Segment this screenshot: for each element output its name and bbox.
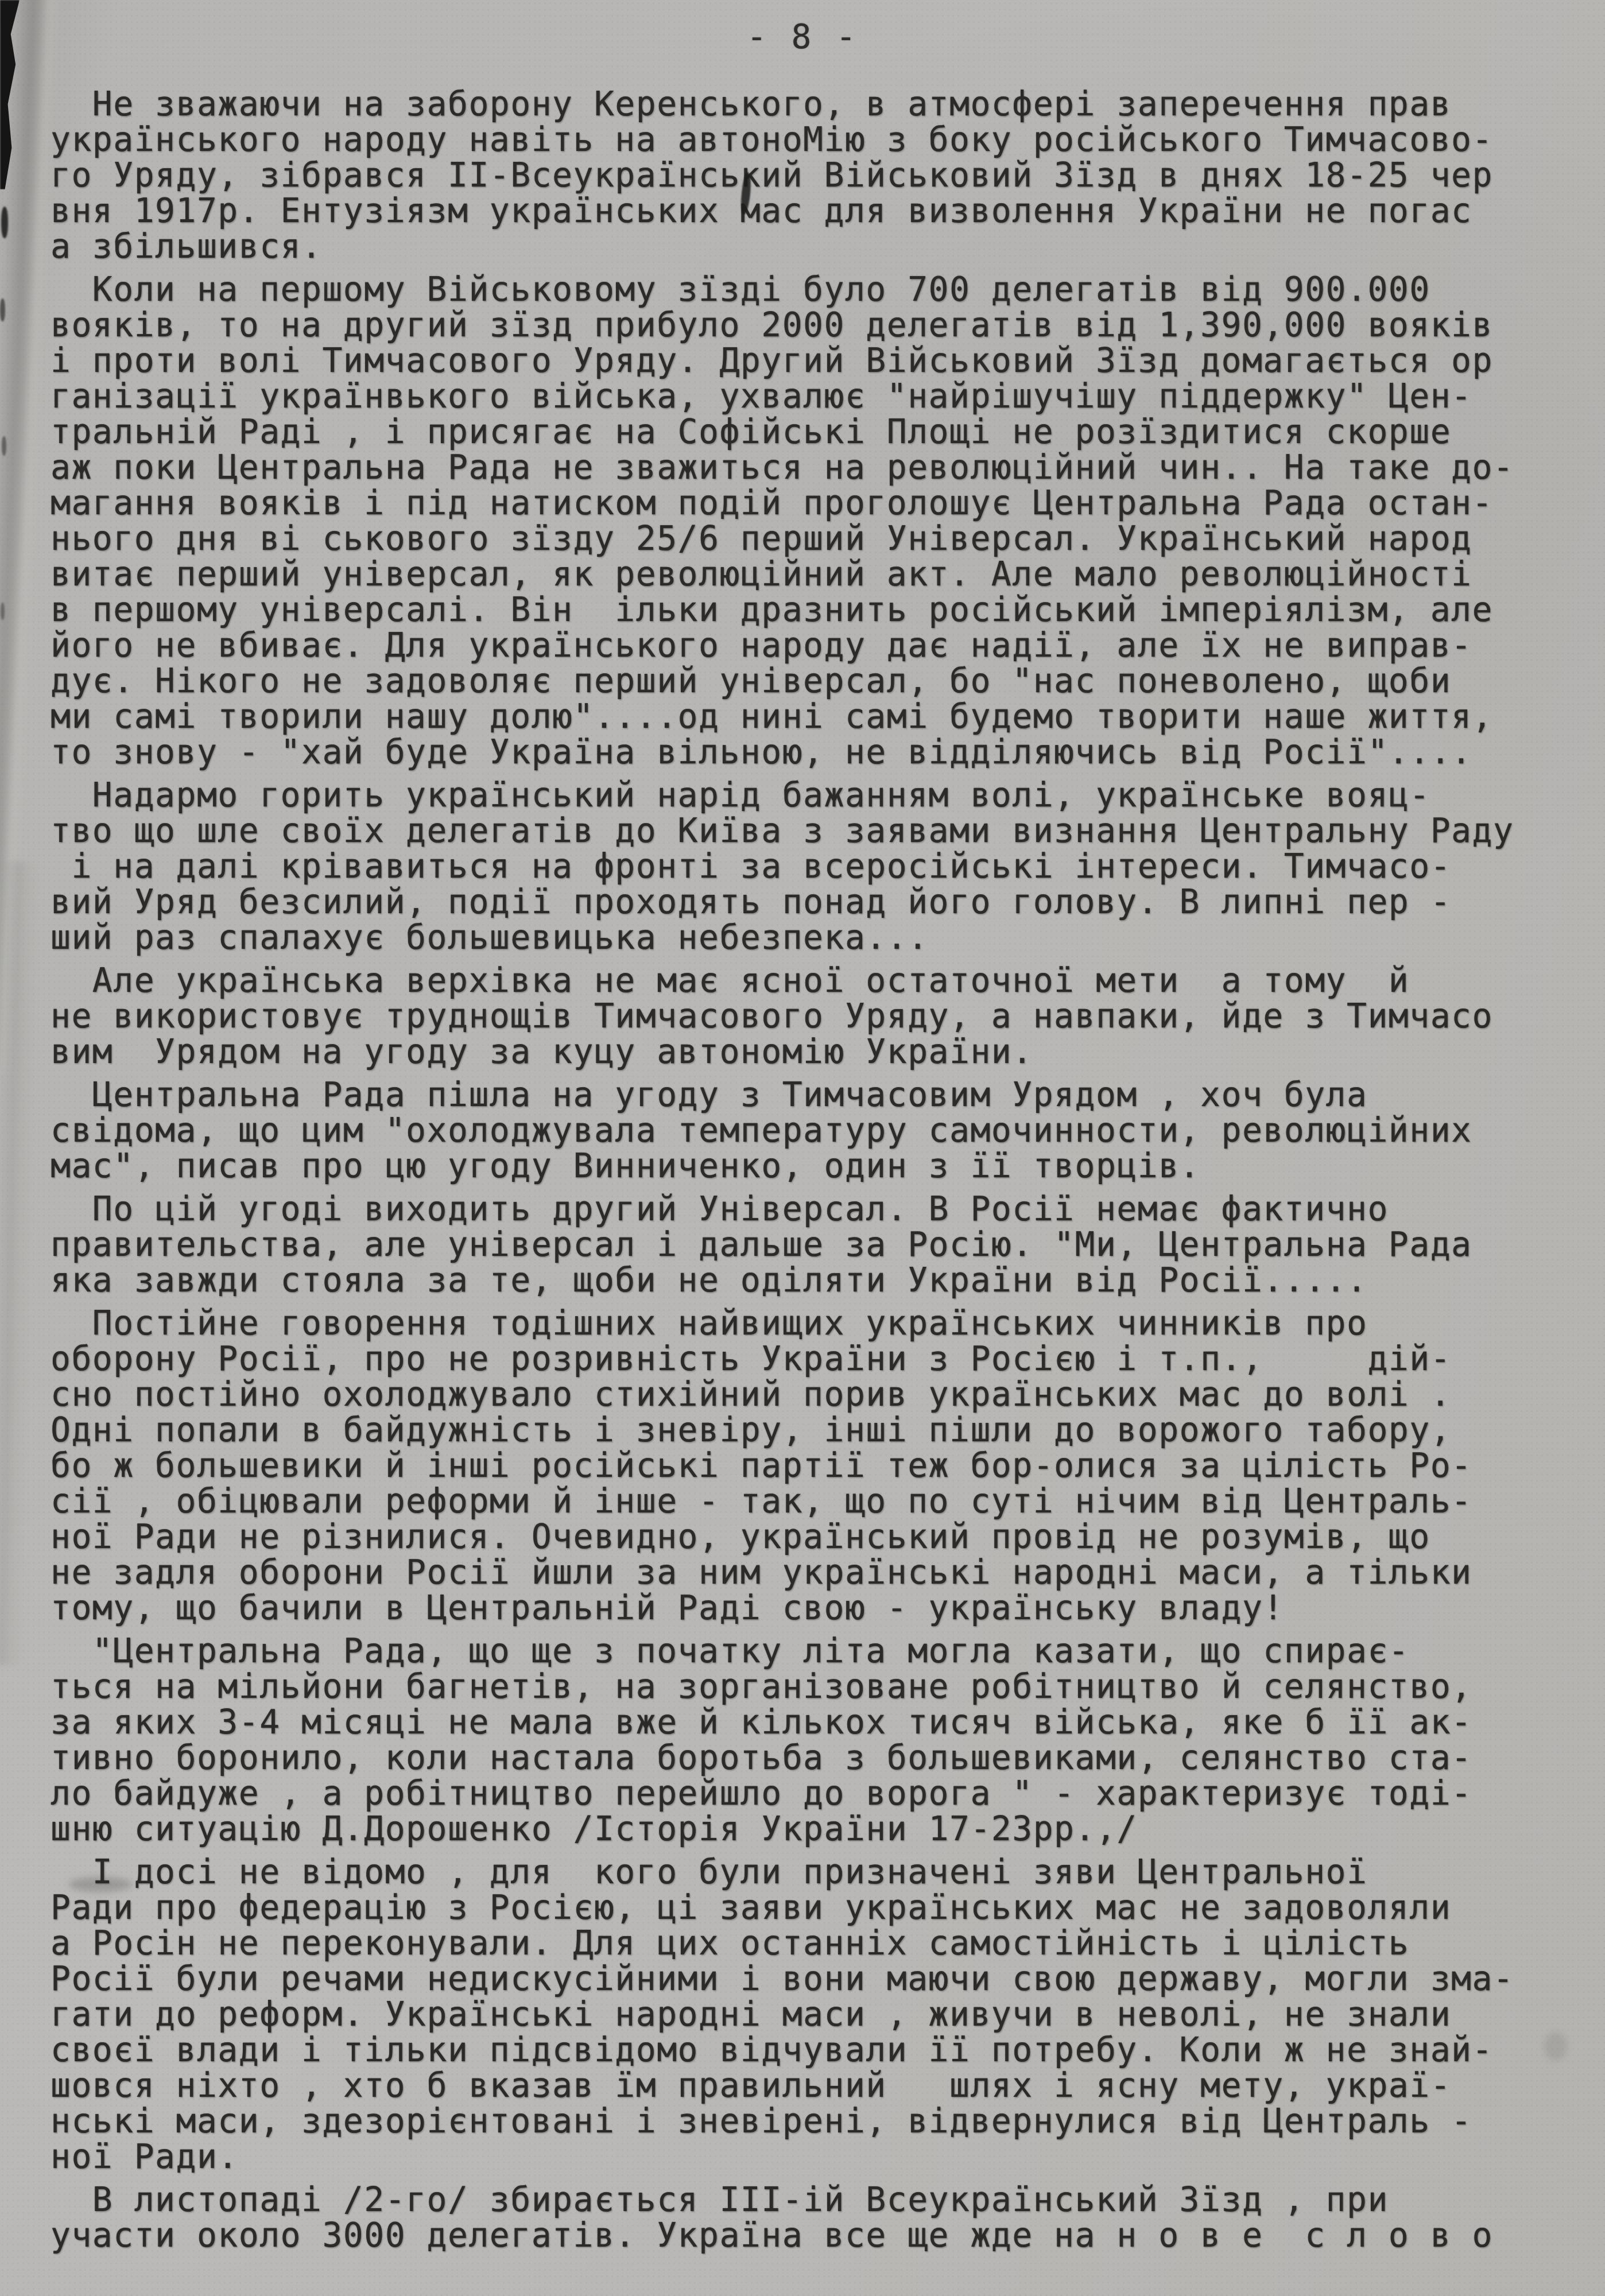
page-number: - 8 -	[0, 17, 1605, 56]
edge-mark	[1, 207, 8, 238]
paper-crease-lower	[0, 861, 41, 1665]
paragraph: Але українська верхівка не має ясної ост…	[51, 963, 1577, 1069]
paragraph: Не зважаючи на заборону Керенського, в а…	[51, 86, 1577, 264]
paragraph: І досі не відомо , для кого були признач…	[51, 1854, 1577, 2174]
paragraph: Надармо горить український нарід бажання…	[51, 777, 1577, 955]
paragraph: По цій угоді виходить другий Універсал. …	[51, 1191, 1577, 1298]
edge-mark	[2, 436, 6, 456]
paragraph: В листопаді /2-го/ збирається ІІІ-ій Все…	[51, 2182, 1577, 2253]
edge-mark	[0, 298, 5, 321]
paragraph: Постійне говорення тодішних найвищих укр…	[51, 1305, 1577, 1626]
paragraph: Центральна Рада пішла на угоду з Тимчасо…	[51, 1077, 1577, 1184]
document-page: - 8 - Не зважаючи на заборону Керенськог…	[0, 0, 1605, 2296]
edge-mark	[1, 603, 5, 620]
paragraph: "Центральна Рада, що ще з початку літа м…	[51, 1633, 1577, 1847]
document-body: Не зважаючи на заборону Керенського, в а…	[51, 86, 1577, 2253]
paragraph: Коли на першому Військовому зїзді було 7…	[51, 272, 1577, 770]
